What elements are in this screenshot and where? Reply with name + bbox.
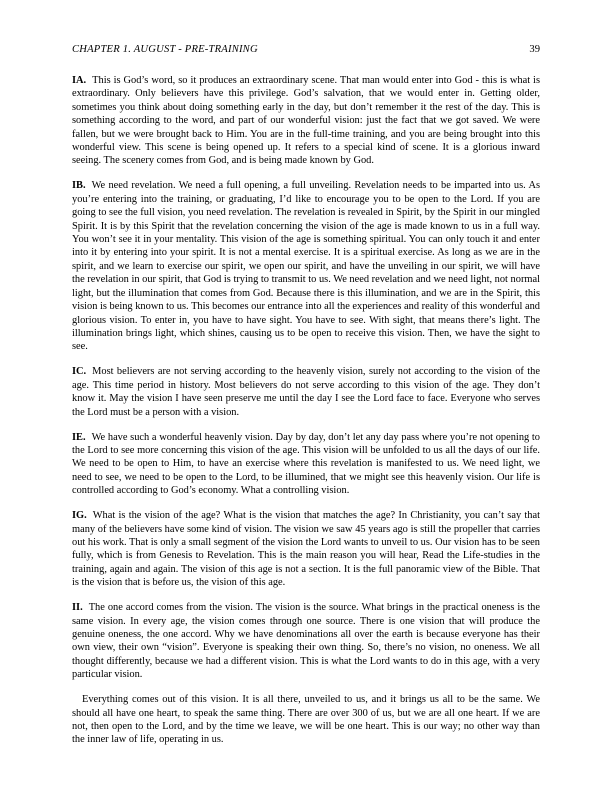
paragraph-label: IA. <box>72 75 86 86</box>
paragraph-ii: II.The one accord comes from the vision.… <box>72 601 540 681</box>
paragraph-ia: IA.This is God’s word, so it produces an… <box>72 74 540 168</box>
paragraph-text: This is God’s word, so it produces an ex… <box>72 75 540 166</box>
paragraph-label: II. <box>72 602 83 613</box>
page-number: 39 <box>529 43 540 57</box>
chapter-title: CHAPTER 1. AUGUST - PRE-TRAINING <box>72 43 258 57</box>
paragraph-ib: IB.We need revelation. We need a full op… <box>72 179 540 353</box>
document-page: CHAPTER 1. AUGUST - PRE-TRAINING 39 IA.T… <box>0 0 612 792</box>
paragraph-label: IC. <box>72 366 86 377</box>
paragraph-label: IE. <box>72 432 86 443</box>
paragraph-ig: IG.What is the vision of the age? What i… <box>72 509 540 589</box>
paragraph-ie: IE.We have such a wonderful heavenly vis… <box>72 431 540 498</box>
paragraph-text: We need revelation. We need a full openi… <box>72 180 540 352</box>
body-text: IA.This is God’s word, so it produces an… <box>72 74 540 758</box>
paragraph-closing: Everything comes out of this vision. It … <box>72 693 540 747</box>
paragraph-label: IG. <box>72 510 87 521</box>
running-header: CHAPTER 1. AUGUST - PRE-TRAINING 39 <box>72 43 540 57</box>
paragraph-text: The one accord comes from the vision. Th… <box>72 602 540 680</box>
paragraph-ic: IC.Most believers are not serving accord… <box>72 365 540 419</box>
paragraph-text: We have such a wonderful heavenly vision… <box>72 432 540 497</box>
paragraph-text: What is the vision of the age? What is t… <box>72 510 540 588</box>
paragraph-text: Most believers are not serving according… <box>72 366 540 417</box>
paragraph-text: Everything comes out of this vision. It … <box>72 694 540 745</box>
paragraph-label: IB. <box>72 180 86 191</box>
